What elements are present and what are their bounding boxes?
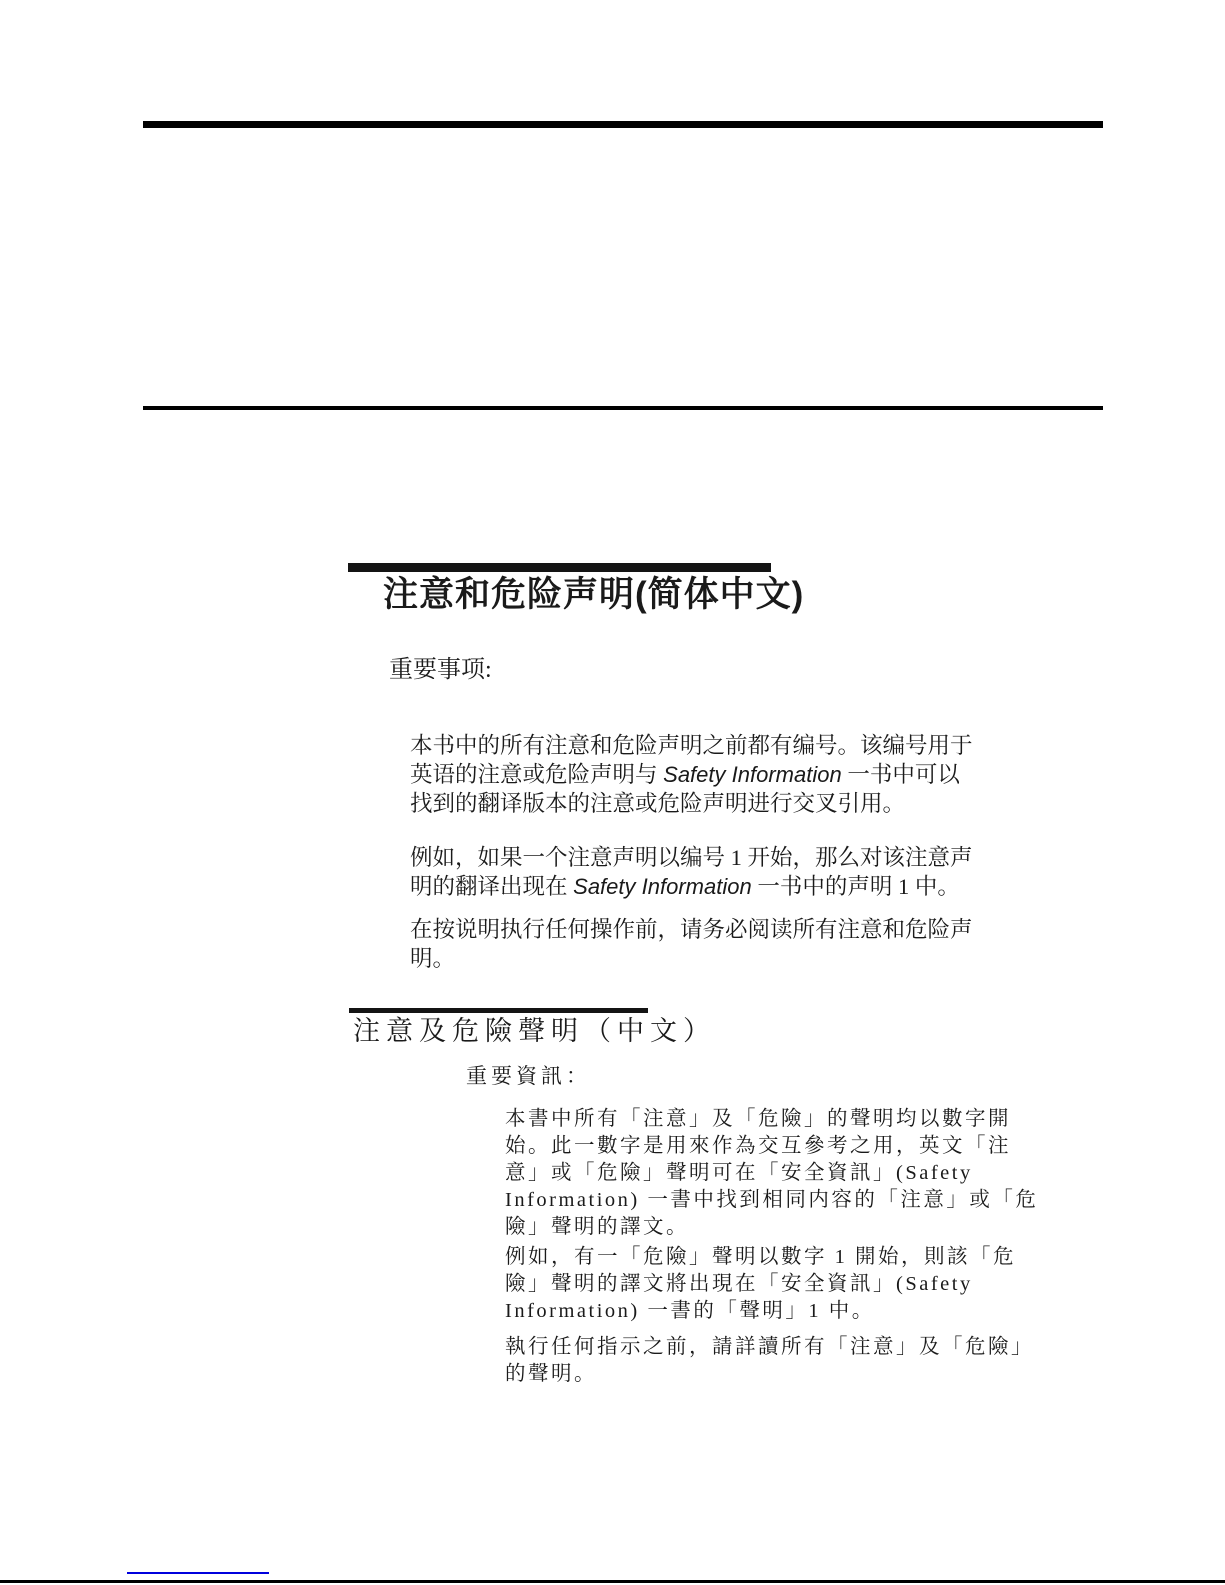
- line-text: 一书中的声明 1 中。: [752, 874, 960, 899]
- simplified-important-label: 重要事项:: [389, 654, 492, 686]
- simplified-paragraph-2: 例如，如果一个注意声明以编号 1 开始，那么对该注意声 明的翻译出现在 Safe…: [410, 843, 1070, 901]
- paragraph-line: 明的翻译出现在 Safety Information 一书中的声明 1 中。: [410, 872, 1070, 901]
- paragraph-line: Information) 一書中找到相同内容的「注意」或「危: [505, 1187, 1025, 1214]
- paragraph-line: 始。此一數字是用來作為交互參考之用，英文「注: [505, 1133, 1025, 1160]
- paragraph-line: 的聲明。: [505, 1361, 1025, 1388]
- book-title-italic: Safety Information: [663, 762, 842, 787]
- paragraph-line: 明。: [410, 944, 1070, 973]
- traditional-section-bar: [349, 1008, 648, 1013]
- line-text: 英语的注意或危险声明与: [410, 762, 663, 787]
- paragraph-line: 本书中的所有注意和危险声明之前都有编号。该编号用于: [410, 731, 1070, 760]
- paragraph-line: 險」聲明的譯文。: [505, 1214, 1025, 1241]
- traditional-important-label: 重要資訊：: [466, 1062, 591, 1090]
- paragraph-line: 執行任何指示之前，請詳讀所有「注意」及「危險」: [505, 1334, 1025, 1361]
- top-horizontal-rule: [143, 121, 1103, 128]
- paragraph-line: 意」或「危險」聲明可在「安全資訊」(Safety: [505, 1160, 1025, 1187]
- second-horizontal-rule: [143, 406, 1103, 410]
- paragraph-line: 例如，有一「危險」聲明以數字 1 開始，則該「危: [505, 1244, 1025, 1271]
- simplified-paragraph-1: 本书中的所有注意和危险声明之前都有编号。该编号用于 英语的注意或危险声明与 Sa…: [410, 731, 1070, 818]
- line-text: 明的翻译出现在: [410, 874, 573, 899]
- simplified-section-bar: [348, 563, 771, 572]
- line-text: 一书中可以: [842, 762, 960, 787]
- simplified-paragraph-3: 在按说明执行任何操作前，请务必阅读所有注意和危险声 明。: [410, 915, 1070, 973]
- paragraph-line: Information) 一書的「聲明」1 中。: [505, 1298, 1025, 1325]
- paragraph-line: 例如，如果一个注意声明以编号 1 开始，那么对该注意声: [410, 843, 1070, 872]
- traditional-paragraph-2: 例如，有一「危險」聲明以數字 1 開始，則該「危 險」聲明的譯文將出現在「安全資…: [505, 1244, 1025, 1325]
- bottom-link-underline[interactable]: [127, 1572, 269, 1574]
- paragraph-line: 在按说明执行任何操作前，请务必阅读所有注意和危险声: [410, 915, 1070, 944]
- bottom-page-edge-rule: [0, 1580, 1225, 1583]
- paragraph-line: 本書中所有「注意」及「危險」的聲明均以數字開: [505, 1106, 1025, 1133]
- paragraph-line: 英语的注意或危险声明与 Safety Information 一书中可以: [410, 760, 1070, 789]
- paragraph-line: 險」聲明的譯文將出現在「安全資訊」(Safety: [505, 1271, 1025, 1298]
- traditional-paragraph-1: 本書中所有「注意」及「危險」的聲明均以數字開 始。此一數字是用來作為交互參考之用…: [505, 1106, 1025, 1241]
- simplified-section-title: 注意和危险声明(简体中文): [383, 574, 804, 616]
- paragraph-line: 找到的翻译版本的注意或危险声明进行交叉引用。: [410, 789, 1070, 818]
- document-page: 注意和危险声明(简体中文) 重要事项: 本书中的所有注意和危险声明之前都有编号。…: [0, 0, 1225, 1585]
- book-title-italic: Safety Information: [573, 874, 752, 899]
- traditional-section-title: 注意及危險聲明（中文）: [353, 1014, 716, 1048]
- traditional-paragraph-3: 執行任何指示之前，請詳讀所有「注意」及「危險」 的聲明。: [505, 1334, 1025, 1388]
